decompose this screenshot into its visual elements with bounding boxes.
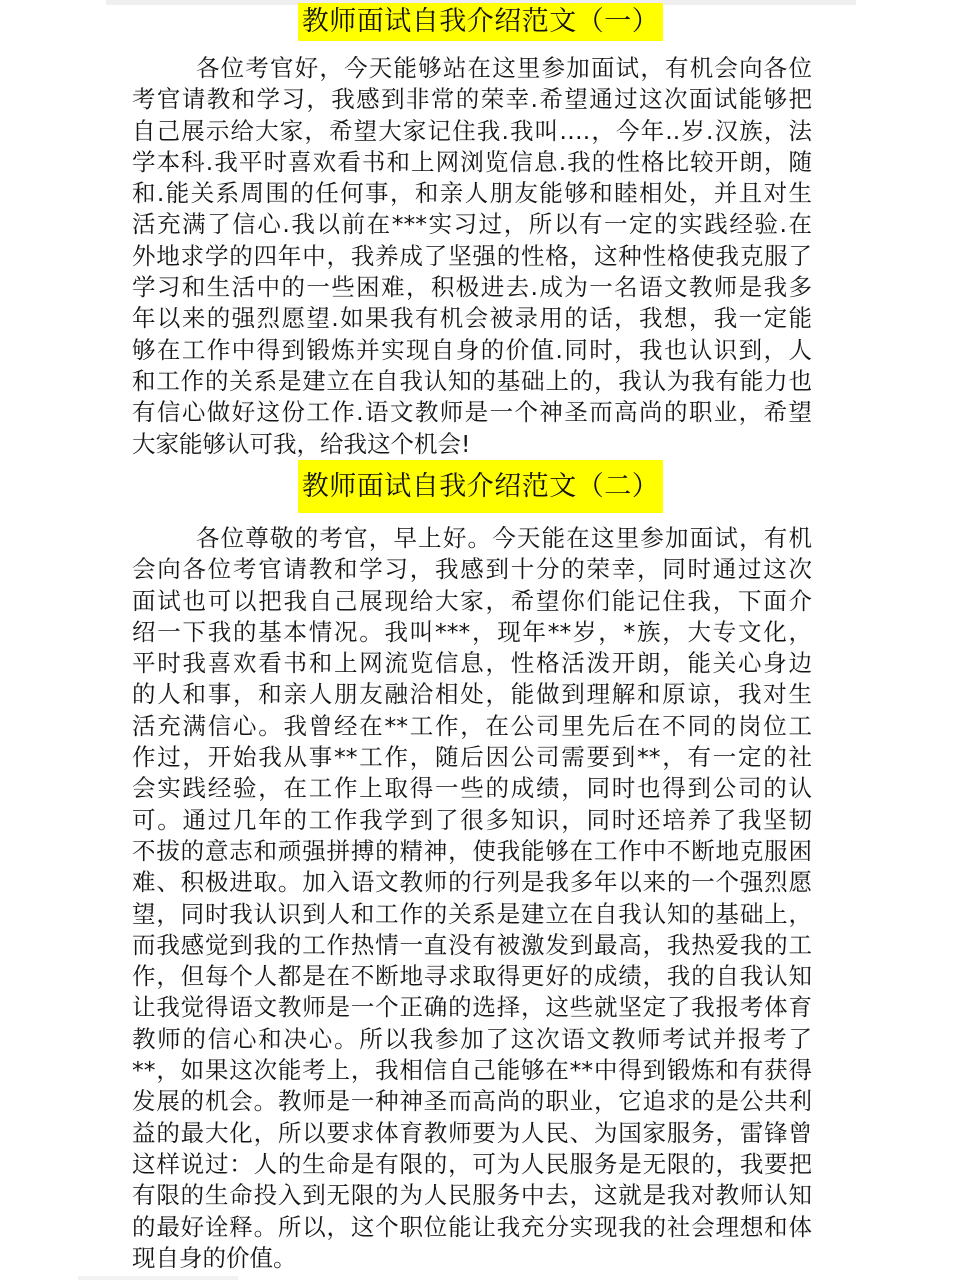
text-line: 绍一下我的基本情况。我叫***，现年**岁，*族，大专文化，	[132, 617, 812, 648]
text-line: 考官请教和学习，我感到非常的荣幸.希望通过这次面试能够把	[132, 84, 812, 115]
text-line: 难、积极进取。加入语文教师的行列是我多年以来的一个强烈愿	[132, 867, 812, 898]
text-line: 让我觉得语文教师是一个正确的选择，这些就坚定了我报考体育	[132, 992, 812, 1023]
text-line: 作，但每个人都是在不断地寻求取得更好的成绩，我的自我认知	[132, 961, 812, 992]
text-line: 和工作的关系是建立在自我认知的基础上的，我认为我有能力也	[132, 366, 812, 397]
text-line: 各位考官好，今天能够站在这里参加面试，有机会向各位	[132, 53, 812, 84]
text-line: 教师的信心和决心。所以我参加了这次语文教师考试并报考了	[132, 1024, 812, 1055]
text-line: 的最好诠释。所以，这个职位能让我充分实现我的社会理想和体	[132, 1212, 812, 1243]
text-line: 可。通过几年的工作我学到了很多知识，同时还培养了我坚韧	[132, 805, 812, 836]
section-2-heading-container: 教师面试自我介绍范文（二）	[0, 460, 961, 513]
text-line: 这样说过：人的生命是有限的，可为人民服务是无限的，我要把	[132, 1149, 812, 1180]
section-1-heading-container: 教师面试自我介绍范文（一）	[0, 3, 961, 41]
text-line: 会向各位考官请教和学习，我感到十分的荣幸，同时通过这次	[132, 554, 812, 585]
section-1-heading: 教师面试自我介绍范文（一）	[298, 3, 664, 41]
text-line: 大家能够认可我，给我这个机会!	[132, 429, 812, 460]
text-line: 年以来的强烈愿望.如果我有机会被录用的话，我想，我一定能	[132, 303, 812, 334]
text-line: 而我感觉到我的工作热情一直没有被激发到最高，我热爱我的工	[132, 930, 812, 961]
text-line: 作过，开始我从事**工作，随后因公司需要到**，有一定的社	[132, 742, 812, 773]
text-line: 望，同时我认识到人和工作的关系是建立在自我认知的基础上，	[132, 899, 812, 930]
section-2-body: 各位尊敬的考官，早上好。今天能在这里参加面试，有机 会向各位考官请教和学习，我感…	[132, 523, 822, 1274]
text-line: 学本科.我平时喜欢看书和上网浏览信息.我的性格比较开朗，随	[132, 147, 812, 178]
text-line: 外地求学的四年中，我养成了坚强的性格，这种性格使我克服了	[132, 241, 812, 272]
text-line: 益的最大化，所以要求体育教师要为人民、为国家服务，雷锋曾	[132, 1118, 812, 1149]
text-line: 和.能关系周围的任何事，和亲人朋友能够和睦相处，并且对生	[132, 178, 812, 209]
text-line: 活充满信心。我曾经在**工作，在公司里先后在不同的岗位工	[132, 711, 812, 742]
text-line: 有信心做好这份工作.语文教师是一个神圣而高尚的职业，希望	[132, 397, 812, 428]
text-line: 够在工作中得到锻炼并实现自身的价值.同时，我也认识到，人	[132, 335, 812, 366]
text-line: 发展的机会。教师是一种神圣而高尚的职业，它追求的是公共利	[132, 1086, 812, 1117]
section-1-body: 各位考官好，今天能够站在这里参加面试，有机会向各位 考官请教和学习，我感到非常的…	[132, 53, 822, 460]
text-line: 会实践经验，在工作上取得一些的成绩，同时也得到公司的认	[132, 773, 812, 804]
text-line: 有限的生命投入到无限的为人民服务中去，这就是我对教师认知	[132, 1180, 812, 1211]
text-line: 各位尊敬的考官，早上好。今天能在这里参加面试，有机	[132, 523, 812, 554]
text-line: 自己展示给大家，希望大家记住我.我叫….，今年..岁.汉族，法	[132, 116, 812, 147]
text-line: 不拔的意志和顽强拼搏的精神，使我能够在工作中不断地克服困	[132, 836, 812, 867]
text-line: 现自身的价值。	[132, 1243, 812, 1274]
section-2-heading: 教师面试自我介绍范文（二）	[298, 460, 664, 513]
text-line: 的人和事，和亲人朋友融洽相处，能做到理解和原谅，我对生	[132, 679, 812, 710]
text-line: 学习和生活中的一些困难，积极进去.成为一名语文教师是我多	[132, 272, 812, 303]
text-line: 平时我喜欢看书和上网流览信息，性格活泼开朗，能关心身边	[132, 648, 812, 679]
text-line: 面试也可以把我自己展现给大家，希望你们能记住我，下面介	[132, 586, 812, 617]
bottom-edge-strip	[78, 1276, 238, 1280]
text-line: 活充满了信心.我以前在***实习过，所以有一定的实践经验.在	[132, 209, 812, 240]
text-line: **，如果这次能考上，我相信自己能够在**中得到锻炼和有获得	[132, 1055, 812, 1086]
